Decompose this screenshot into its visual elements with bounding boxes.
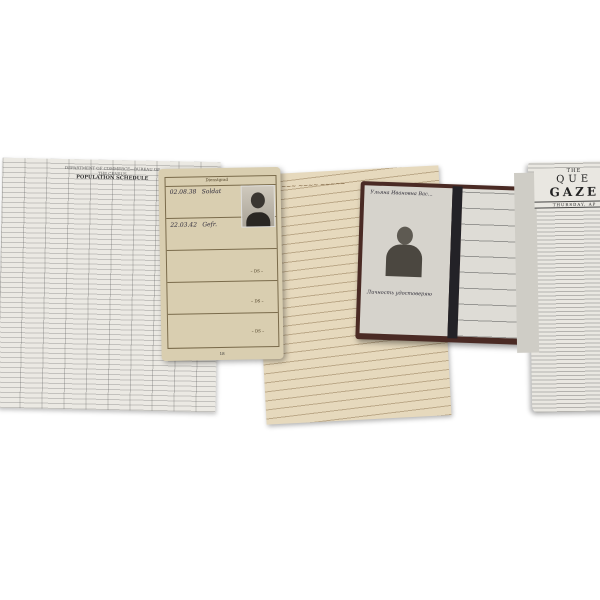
soldbuch-column-title: Dienstgrad [205,177,228,182]
booklet-inscription-bottom: Личность удостоверяю [367,289,432,297]
booklet-photo-page: Ульяна Ивановна Вас... Личность удостове… [360,185,453,336]
soldbuch-rank: Soldat [202,188,222,195]
newspaper-stack: THE QUE GAZE THURSDAY, AP [528,161,600,412]
census-header: DEPARTMENT OF COMMERCE—BUREAU OF THE CEN… [62,165,162,182]
grid-line [167,280,277,283]
grid-line [168,312,278,315]
soldbuch-dash: – DS – [251,298,264,303]
woman-portrait [383,222,425,279]
soldbuch-dash: – DS – [251,268,264,273]
grid-line [167,248,277,251]
soldbuch-date: 22.03.42 [170,221,197,228]
masthead-line2: GAZE [534,184,600,199]
letter-text: ~ ~~~ ~~~~ ~~~~~ [274,180,345,191]
identity-booklet: Ульяна Ивановна Вас... Личность удостове… [355,181,530,345]
soldbuch-date: 02.08.38 [170,188,197,195]
booklet-inscription-top: Ульяна Ивановна Вас... [370,189,432,197]
soldbuch-rank: Gefr. [202,221,217,228]
soldier-portrait [241,185,276,228]
gazette-masthead: THE QUE GAZE THURSDAY, AP [534,167,600,208]
soldbuch-dash: – DS – [252,328,265,333]
masthead-date: THURSDAY, AP [535,200,600,208]
census-title: POPULATION SCHEDULE [62,175,162,182]
soldbuch-page: Dienstgrad 02.08.38 Soldat 22.03.42 Gefr… [158,167,283,361]
page-number: 18 [220,351,225,356]
